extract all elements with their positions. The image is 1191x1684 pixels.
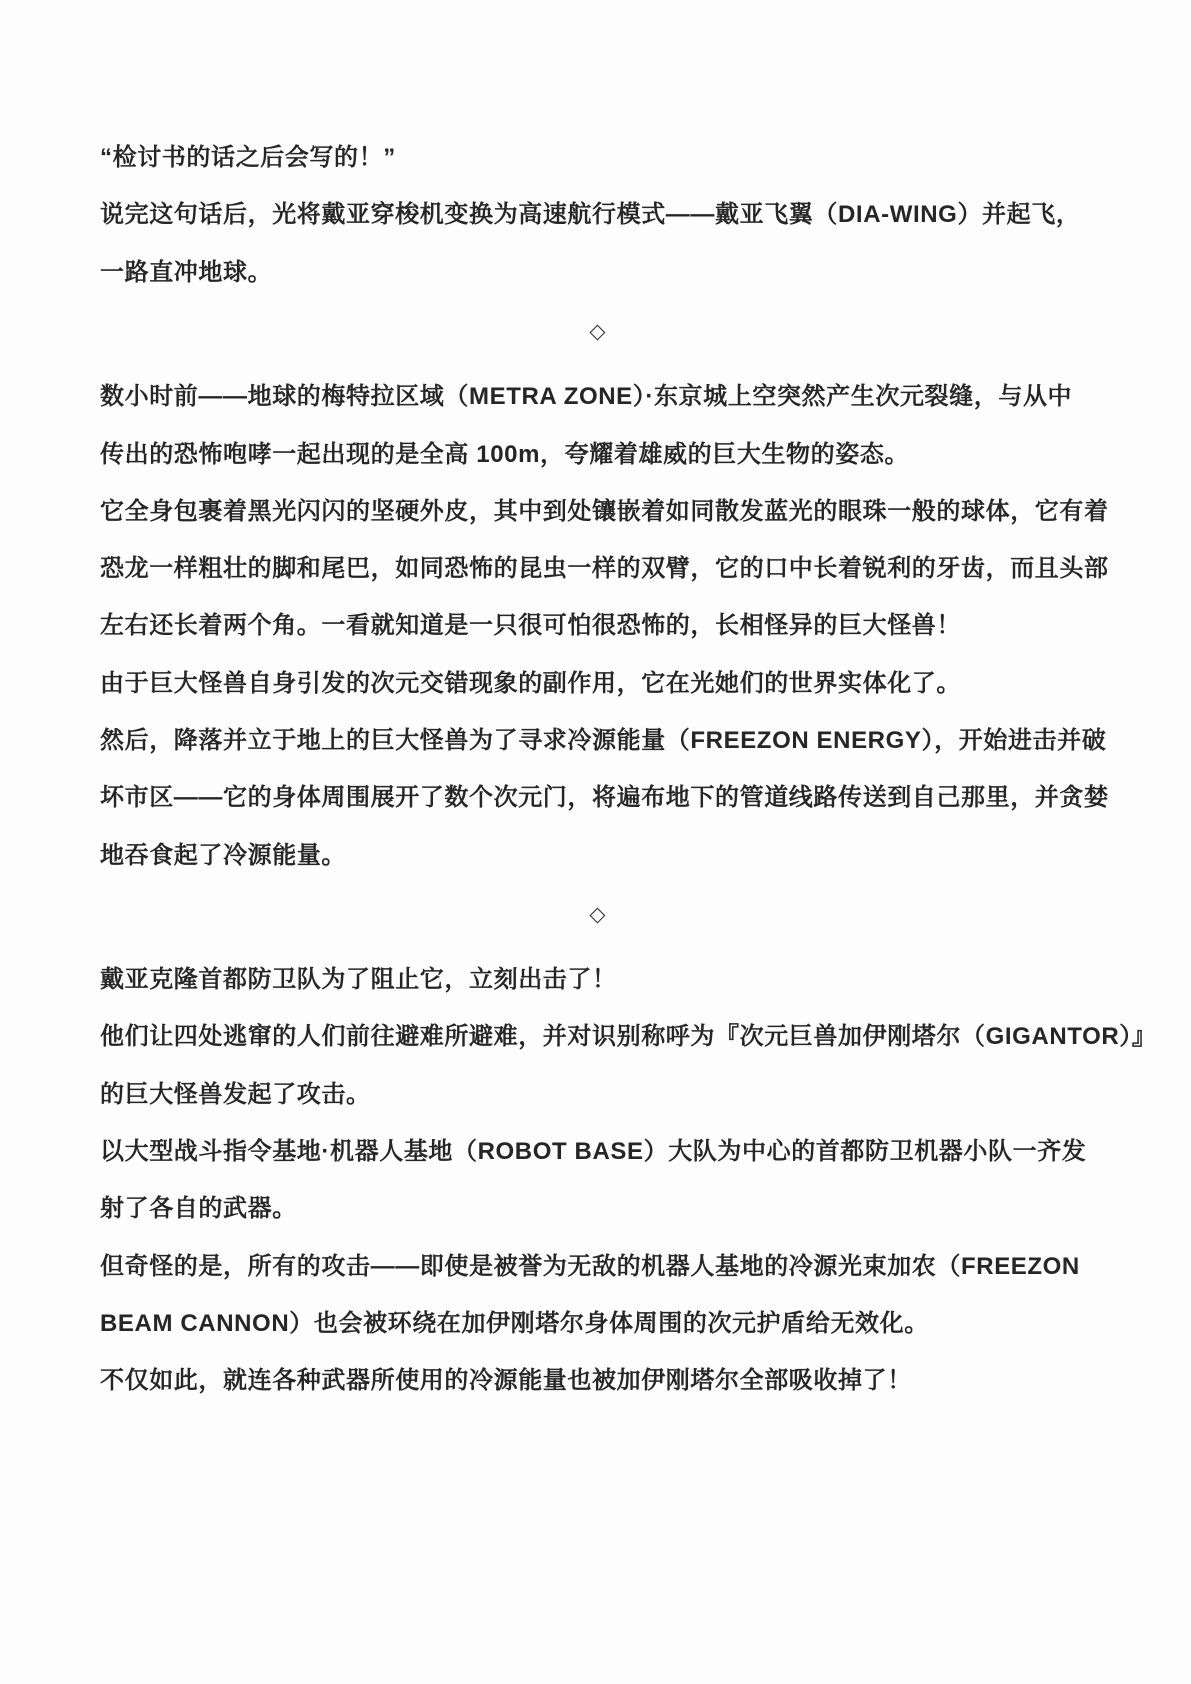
paragraph-line: 传出的恐怖咆哮一起出现的是全高 100m，夸耀着雄威的巨大生物的姿态。	[100, 422, 1095, 479]
paragraph-line: 一路直冲地球。	[100, 241, 1095, 298]
paragraph-line: 数小时前——地球的梅特拉区域（METRA ZONE）·东京城上空突然产生次元裂缝…	[100, 365, 1095, 422]
paragraph-line: 的巨大怪兽发起了攻击。	[100, 1063, 1095, 1120]
paragraph-line: 然后，降落并立于地上的巨大怪兽为了寻求冷源能量（FREEZON ENERGY），…	[100, 709, 1095, 766]
paragraph-line: 说完这句话后，光将戴亚穿梭机变换为高速航行模式——戴亚飞翼（DIA-WING）并…	[100, 183, 1095, 240]
section-separator-diamond: ◇	[100, 881, 1095, 948]
section-separator-diamond: ◇	[100, 298, 1095, 365]
paragraph-line: 恐龙一样粗壮的脚和尾巴，如同恐怖的昆虫一样的双臂，它的口中长着锐利的牙齿，而且头…	[100, 537, 1095, 594]
paragraph-line: BEAM CANNON）也会被环绕在加伊刚塔尔身体周围的次元护盾给无效化。	[100, 1292, 1095, 1349]
paragraph-line: 但奇怪的是，所有的攻击——即使是被誉为无敌的机器人基地的冷源光束加农（FREEZ…	[100, 1234, 1095, 1291]
document-page: “检讨书的话之后会写的！”说完这句话后，光将戴亚穿梭机变换为高速航行模式——戴亚…	[0, 0, 1191, 1684]
paragraph-line: “检讨书的话之后会写的！”	[100, 126, 1095, 183]
paragraph-line: 戴亚克隆首都防卫队为了阻止它，立刻出击了！	[100, 948, 1095, 1005]
paragraph-line: 它全身包裹着黑光闪闪的坚硬外皮，其中到处镶嵌着如同散发蓝光的眼珠一般的球体，它有…	[100, 480, 1095, 537]
paragraph-line: 以大型战斗指令基地·机器人基地（ROBOT BASE）大队为中心的首都防卫机器小…	[100, 1120, 1095, 1177]
paragraph-line: 由于巨大怪兽自身引发的次元交错现象的副作用，它在光她们的世界实体化了。	[100, 652, 1095, 709]
paragraph-line: 射了各自的武器。	[100, 1177, 1095, 1234]
paragraph-line: 地吞食起了冷源能量。	[100, 823, 1095, 880]
paragraph-line: 左右还长着两个角。一看就知道是一只很可怕很恐怖的，长相怪异的巨大怪兽！	[100, 594, 1095, 651]
paragraph-line: 不仅如此，就连各种武器所使用的冷源能量也被加伊刚塔尔全部吸收掉了！	[100, 1349, 1095, 1406]
paragraph-line: 他们让四处逃窜的人们前往避难所避难，并对识别称呼为『次元巨兽加伊刚塔尔（GIGA…	[100, 1005, 1095, 1062]
paragraph-line: 坏市区——它的身体周围展开了数个次元门，将遍布地下的管道线路传送到自己那里，并贪…	[100, 766, 1095, 823]
